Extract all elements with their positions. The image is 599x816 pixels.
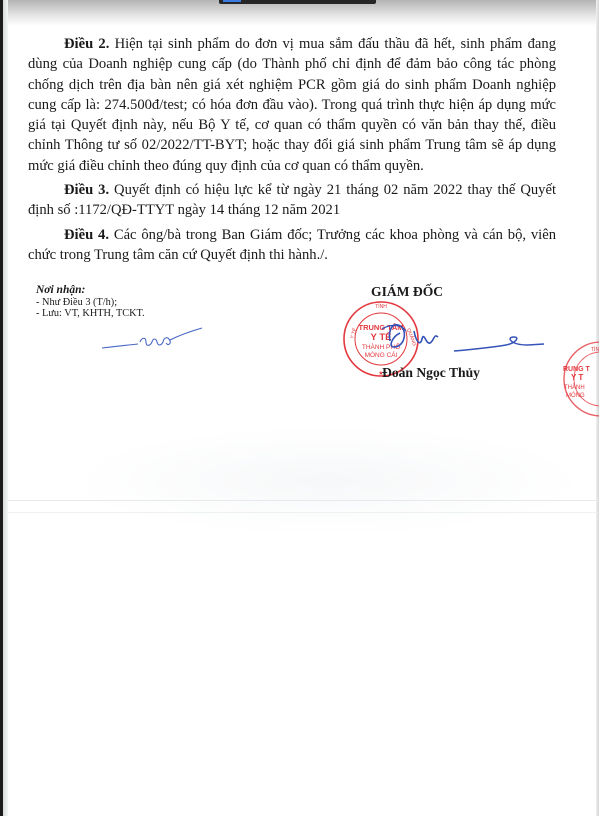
recipient-item: - Như Điều 3 (T/h); <box>36 297 145 309</box>
director-signature <box>378 311 548 361</box>
article-3: Điều 3. Quyết định có hiệu lực kể từ ngà… <box>28 180 556 221</box>
svg-text:RUNG T: RUNG T <box>563 366 591 373</box>
toolbar-active-button[interactable] <box>223 0 241 2</box>
svg-text:MÓNG: MÓNG <box>566 392 585 399</box>
scan-smudge <box>68 426 588 536</box>
recipients-title: Nơi nhận: <box>36 285 145 297</box>
svg-text:TỈNH: TỈNH <box>375 303 387 310</box>
article-2: Điều 2. Hiện tại sinh phẩm do đơn vị mua… <box>28 34 556 176</box>
document-page: Điều 2. Hiện tại sinh phẩm do đơn vị mua… <box>8 26 596 816</box>
partial-stamp: TỈNH RUNG T Y T THÀNH MÓNG <box>561 339 599 419</box>
initials-signature <box>98 326 208 354</box>
document-body: Điều 2. Hiện tại sinh phẩm do đơn vị mua… <box>28 34 556 265</box>
recipients-block: Nơi nhận: - Như Điều 3 (T/h); - Lưu: VT,… <box>36 285 145 320</box>
signer-position: GIÁM ĐỐC <box>371 284 443 300</box>
article-4: Điều 4. Các ông/bà trong Ban Giám đốc; T… <box>28 225 556 266</box>
viewer-toolbar[interactable] <box>219 0 376 4</box>
scan-artifact-line <box>8 500 598 501</box>
recipient-item: - Lưu: VT, KHTH, TCKT. <box>36 308 145 320</box>
svg-text:THÀNH: THÀNH <box>564 384 585 391</box>
scan-artifact-line <box>8 512 598 513</box>
partial-stamp-top: TỈNH <box>591 346 599 353</box>
svg-text:Y T: Y T <box>571 373 583 382</box>
signer-name: Đoàn Ngọc Thủy <box>382 365 480 381</box>
